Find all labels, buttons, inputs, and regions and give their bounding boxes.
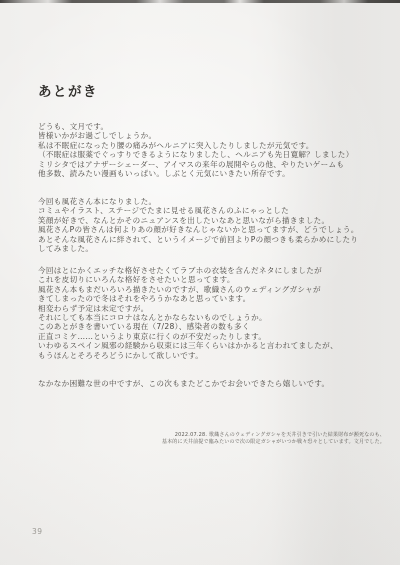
text-line: 正直コミケ……というより東京に行くのが不安だったりします。: [38, 332, 386, 341]
text-line: （不眠症は服薬でぐっすりできるようになりましたし、ヘルニアも先日寛解？しました）: [38, 150, 386, 159]
scan-edge: [0, 0, 400, 3]
paragraph-closing: なかなか困難な世の中ですが、この次もまたどこかでお会いできたら嬉しいです。: [38, 379, 386, 388]
text-line: ミリシタではアナザーシェーダー、アイマスの来年の展開やらの他、やりたいゲームも: [38, 160, 386, 169]
text-line: どうも、文月です。: [38, 122, 386, 131]
text-line: もうほんとそろそろどうにかして欲しいです。: [38, 351, 386, 360]
scan-shading: [0, 445, 400, 565]
text-line: 他多数、読みたい漫画もいっぱい。しぶとく元気にいきたい所存です。: [38, 169, 386, 178]
paragraph-plans: 今回はとにかくエッチな格好させたくてラブホの衣装を含んだネタにしましたが これを…: [38, 266, 386, 360]
text-line: これを皮切りにいろんな格好をさせたいと思ってます。: [38, 275, 386, 284]
text-line: コミュやイラスト、ステージでたまに見せる風花さんのふにゃっとした: [38, 206, 386, 215]
page-title: あとがき: [38, 80, 98, 100]
text-line: いわゆるスペイン風邪の経験から収束には三年くらいはかかると言われてましたが、: [38, 341, 386, 350]
paragraph-greeting: どうも、文月です。 皆様いかがお過ごしでしょうか。 私は不眠症になったり腰の痛み…: [38, 122, 386, 178]
scanned-page: あとがき どうも、文月です。 皆様いかがお過ごしでしょうか。 私は不眠症になった…: [0, 0, 400, 565]
paragraph-about-book: 今回も風花さん本になりました。 コミュやイラスト、ステージでたまに見せる風花さん…: [38, 197, 386, 253]
text-line: 風花さんPの皆さんは何よりあの顔が好きなんじゃないかと思ってますが、どうでしょう…: [38, 225, 386, 234]
text-line: 私は不眠症になったり腰の痛みがヘルニアに突入したりしましたが元気です。: [38, 141, 386, 150]
text-line: 風花さん本もまだいろいろ描きたいのですが、歌織さんのウェディングガシャが: [38, 285, 386, 294]
text-line: このあとがきを書いている現在（7/28）、感染者の数も多く: [38, 322, 386, 331]
footnote: 2022.07.28. 歌織さんのウェディングガシャを天井引きで引いた結果財布が…: [162, 432, 385, 446]
text-line: きてしまったので冬はそれをやろうかなあと思っています。: [38, 294, 386, 303]
footnote-line: 基本的に天井前提で臨みたいので次の限定ガシャがいつか戦々恐々としています。文月で…: [162, 439, 385, 446]
page-number: 39: [32, 527, 43, 536]
text-line: 相変わらず予定は未定ですが。: [38, 304, 386, 313]
text-line: 今回はとにかくエッチな格好させたくてラブホの衣装を含んだネタにしましたが: [38, 266, 386, 275]
text-line: してみました。: [38, 244, 386, 253]
text-line: 皆様いかがお過ごしでしょうか。: [38, 131, 386, 140]
text-line: 笑顔が好きで、なんとかそのニュアンスを出したいなあと思いながら描きました。: [38, 216, 386, 225]
text-line: あとそんな風花さんに絆されて、というイメージで前回よりPの顔つきも柔らかめにした…: [38, 235, 386, 244]
text-line: なかなか困難な世の中ですが、この次もまたどこかでお会いできたら嬉しいです。: [38, 379, 386, 388]
text-line: 今回も風花さん本になりました。: [38, 197, 386, 206]
footnote-line: 2022.07.28. 歌織さんのウェディングガシャを天井引きで引いた結果財布が…: [162, 432, 385, 439]
